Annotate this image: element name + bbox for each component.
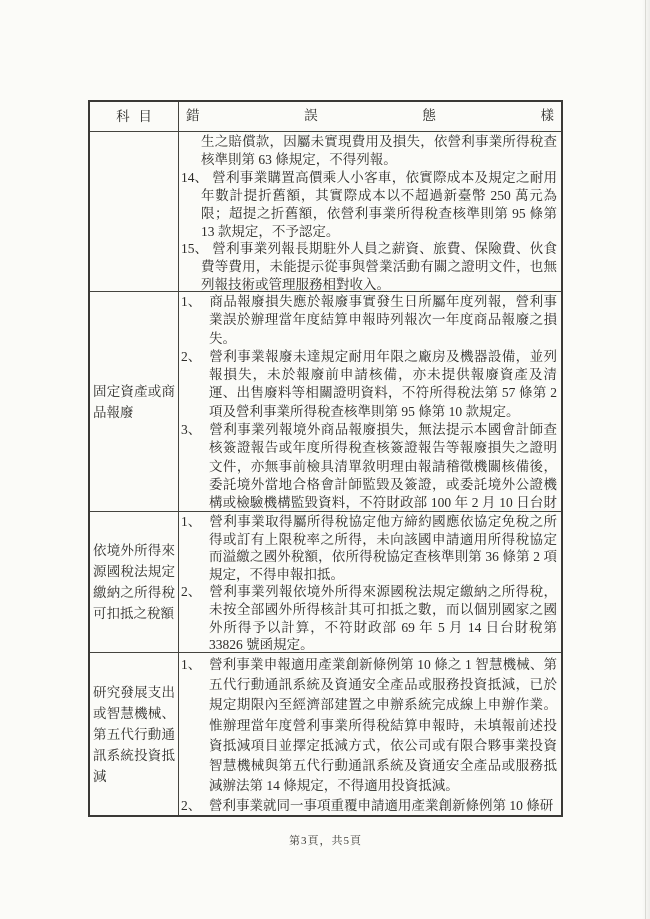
item-text: 營利事業報廢未達規定耐用年限之廠房及機器設備，並列報損失，未於報廢前申請核備，亦… — [209, 349, 557, 419]
error-pattern-cell: 1、營利事業取得屬所得稅協定他方締約國應依協定免稅之所得或訂有上限稅率之所得，未… — [179, 512, 561, 652]
item-text: 營利事業取得屬所得稅協定他方締約國應依協定免稅之所得或訂有上限稅率之所得，未向該… — [209, 514, 557, 582]
list-item: 2、營利事業列報依境外所得來源國稅法規定繳納之所得稅，未按全部國外所得核計其可扣… — [181, 583, 557, 652]
subject-cell — [90, 132, 179, 291]
subject-header-label: 科目 — [116, 103, 161, 130]
list-item: 1、營利事業取得屬所得稅協定他方締約國應依協定免稅之所得或訂有上限稅率之所得，未… — [181, 513, 557, 583]
item-number: 14、 — [181, 169, 212, 187]
error-pattern-header-label: 錯誤態樣 — [186, 102, 554, 129]
item-number: 3、 — [181, 421, 209, 439]
list-item: 生之賠償款，因屬未實現費用及損失，依營利事業所得稅查核準則第 63 條規定，不得… — [181, 133, 557, 169]
subject-column-header: 科目 — [90, 102, 179, 131]
subject-label: 依境外所得來源國稅法規定繳納之所得稅可扣抵之稅額 — [93, 540, 175, 624]
table-row: 固定資產或商品報廢 1、商品報廢損失應於報廢事實發生日所屬年度列報，營利事業誤於… — [90, 291, 561, 511]
table-row: 依境外所得來源國稅法規定繳納之所得稅可扣抵之稅額 1、營利事業取得屬所得稅協定他… — [90, 511, 561, 652]
item-text: 商品報廢損失應於報廢事實發生日所屬年度列報，營利事業誤於辦理當年度結算申報時列報… — [209, 294, 557, 346]
list-item: 3、營利事業列報境外商品報廢損失，無法提示本國會計師查核簽證報告或年度所得稅查核… — [181, 421, 557, 511]
item-text: 營利事業就同一事項重覆申請適用產業創新條例第 10 條研 — [209, 798, 553, 813]
list-item: 15、營利事業列報長期駐外人員之薪資、旅費、保險費、伙食費等費用，未能提示從事與… — [181, 240, 557, 291]
item-number: 2、 — [181, 583, 209, 601]
subject-cell: 依境外所得來源國稅法規定繳納之所得稅可扣抵之稅額 — [90, 512, 179, 652]
item-text: 生之賠償款，因屬未實現費用及損失，依營利事業所得稅查核準則第 63 條規定，不得… — [201, 134, 557, 167]
list-item: 2、營利事業報廢未達規定耐用年限之廠房及機器設備，並列報損失，未於報廢前申請核備… — [181, 348, 557, 421]
list-item: 1、營利事業申報適用產業創新條例第 10 條之 1 智慧機械、第五代行動通訊系統… — [181, 655, 557, 796]
subject-cell: 研究發展支出或智慧機械、第五代行動通訊系統投資抵減 — [90, 653, 179, 815]
scan-edge-line — [645, 0, 646, 919]
list-item: 14、營利事業購置高價乘人小客車，依實際成本及規定之耐用年數計提折舊額，其實際成… — [181, 169, 557, 241]
list-item: 1、商品報廢損失應於報廢事實發生日所屬年度列報，營利事業誤於辦理當年度結算申報時… — [181, 293, 557, 348]
error-pattern-cell: 生之賠償款，因屬未實現費用及損失，依營利事業所得稅查核準則第 63 條規定，不得… — [179, 132, 561, 291]
subject-label: 固定資產或商品報廢 — [93, 381, 175, 423]
error-pattern-column-header: 錯誤態樣 — [179, 102, 561, 131]
item-number: 15、 — [181, 240, 212, 258]
table-row: 生之賠償款，因屬未實現費用及損失，依營利事業所得稅查核準則第 63 條規定，不得… — [90, 131, 561, 291]
subject-label: 研究發展支出或智慧機械、第五代行動通訊系統投資抵減 — [93, 682, 175, 787]
scan-edge-shadow — [642, 0, 650, 919]
item-number: 1、 — [181, 293, 209, 311]
page-footer: 第3頁，共5頁 — [88, 832, 563, 848]
error-pattern-cell: 1、營利事業申報適用產業創新條例第 10 條之 1 智慧機械、第五代行動通訊系統… — [179, 653, 561, 815]
item-number: 1、 — [181, 513, 209, 531]
item-text: 營利事業列報依境外所得來源國稅法規定繳納之所得稅，未按全部國外所得核計其可扣抵之… — [209, 584, 557, 652]
list-item: 2、營利事業就同一事項重覆申請適用產業創新條例第 10 條研 — [181, 796, 557, 815]
item-text: 營利事業購置高價乘人小客車，依實際成本及規定之耐用年數計提折舊額，其實際成本以不… — [201, 170, 557, 239]
table-row: 研究發展支出或智慧機械、第五代行動通訊系統投資抵減 1、營利事業申報適用產業創新… — [90, 652, 561, 815]
item-text: 營利事業申報適用產業創新條例第 10 條之 1 智慧機械、第五代行動通訊系統及資… — [209, 657, 557, 793]
error-patterns-table: 科目 錯誤態樣 生之賠償款，因屬未實現費用及損失，依營利事業所得稅查核準則第 6… — [88, 100, 563, 817]
scanned-document-page: 科目 錯誤態樣 生之賠償款，因屬未實現費用及損失，依營利事業所得稅查核準則第 6… — [0, 0, 650, 919]
subject-cell: 固定資產或商品報廢 — [90, 292, 179, 511]
item-number: 2、 — [181, 796, 209, 815]
item-number: 2、 — [181, 348, 209, 366]
table-header-row: 科目 錯誤態樣 — [90, 102, 561, 131]
error-pattern-cell: 1、商品報廢損失應於報廢事實發生日所屬年度列報，營利事業誤於辦理當年度結算申報時… — [179, 292, 561, 511]
item-text: 營利事業列報境外商品報廢損失，無法提示本國會計師查核簽證報告或年度所得稅查核簽證… — [209, 422, 557, 511]
item-number: 1、 — [181, 655, 209, 675]
item-text: 營利事業列報長期駐外人員之薪資、旅費、保險費、伙食費等費用，未能提示從事與營業活… — [201, 241, 557, 291]
